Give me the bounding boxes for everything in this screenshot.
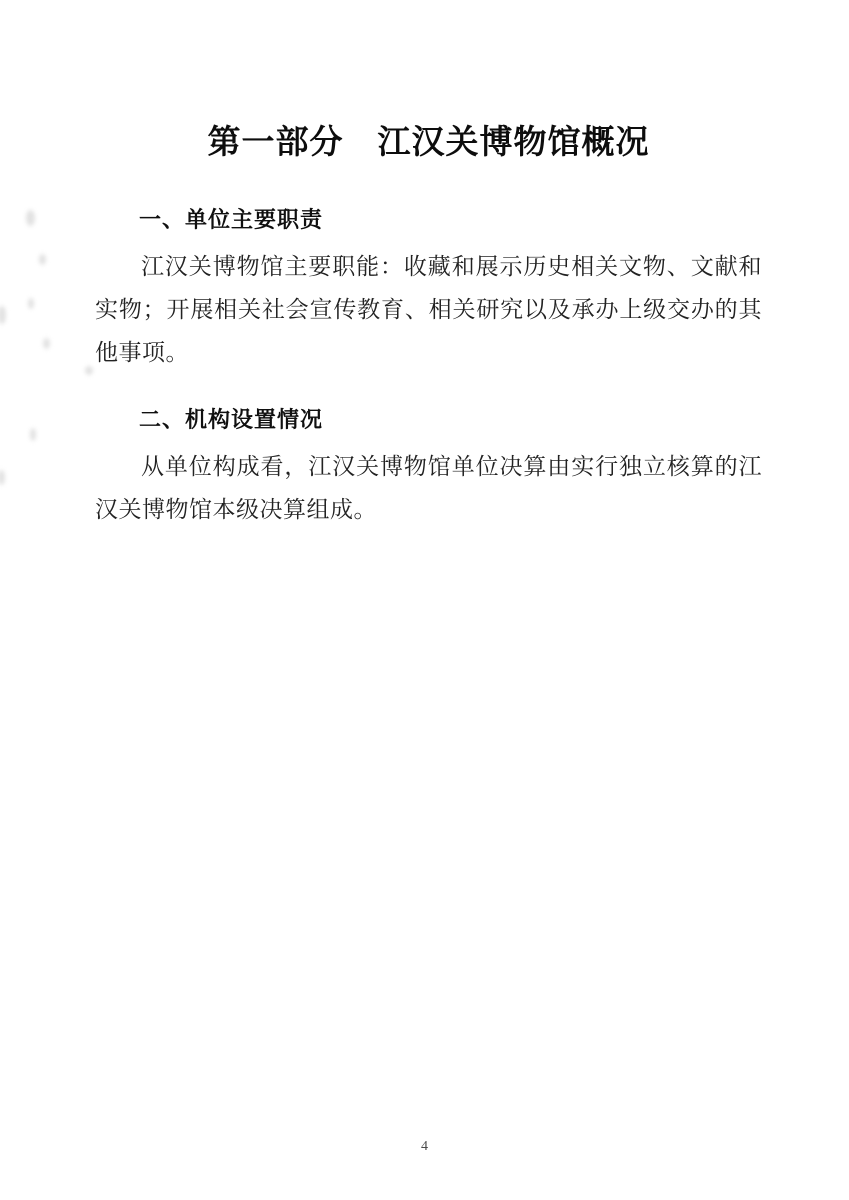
scan-artifact: [30, 428, 36, 441]
section-2-paragraph: 从单位构成看，江汉关博物馆单位决算由实行独立核算的江汉关博物馆本级决算组成。: [95, 445, 762, 531]
section-2-heading: 二、机构设置情况: [95, 404, 762, 435]
section-1-paragraph: 江汉关博物馆主要职能：收藏和展示历史相关文物、文献和实物；开展相关社会宣传教育、…: [95, 245, 762, 374]
scan-artifact: [28, 298, 34, 309]
scan-artifact: [85, 366, 93, 375]
scan-artifact: [26, 210, 35, 226]
scan-artifact: [39, 254, 46, 265]
section-organization-setup: 二、机构设置情况 从单位构成看，江汉关博物馆单位决算由实行独立核算的江汉关博物馆…: [95, 404, 762, 531]
scan-artifact: [0, 306, 6, 324]
document-page: 第一部分 江汉关博物馆概况 一、单位主要职责 江汉关博物馆主要职能：收藏和展示历…: [0, 0, 849, 1200]
scan-artifact: [43, 338, 50, 349]
page-number: 4: [0, 1138, 849, 1156]
section-1-heading: 一、单位主要职责: [95, 204, 762, 235]
section-unit-responsibilities: 一、单位主要职责 江汉关博物馆主要职能：收藏和展示历史相关文物、文献和实物；开展…: [95, 204, 762, 374]
document-body: 第一部分 江汉关博物馆概况 一、单位主要职责 江汉关博物馆主要职能：收藏和展示历…: [95, 0, 762, 531]
scan-artifact: [0, 470, 5, 485]
document-title: 第一部分 江汉关博物馆概况: [95, 120, 762, 164]
